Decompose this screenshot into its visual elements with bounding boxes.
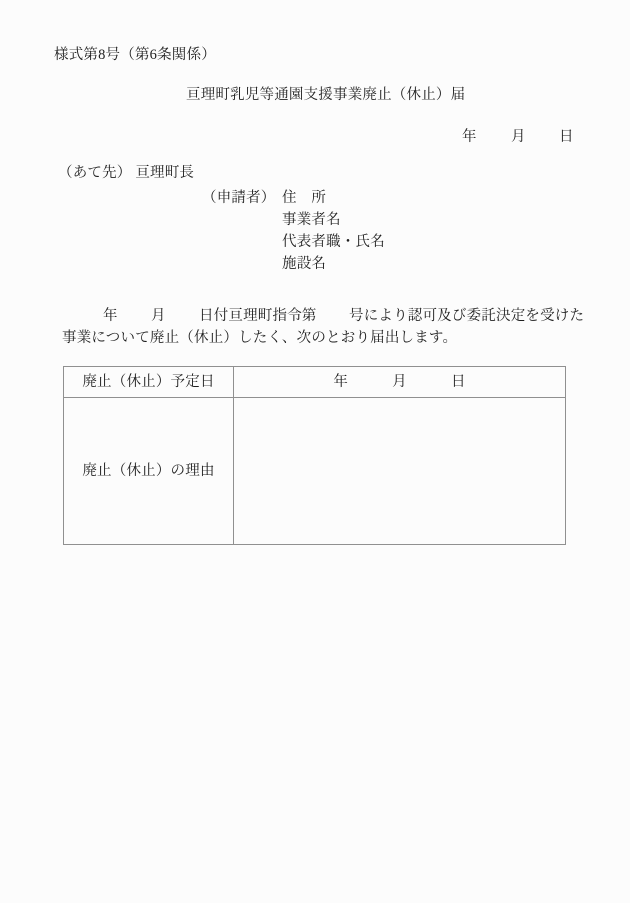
table-label-reason: 廃止（休止）の理由 [64, 398, 234, 544]
document-title: 亘理町乳児等通園支援事業廃止（休止）届 [186, 87, 465, 103]
notification-table: 廃止（休止）予定日 年 月 日 廃止（休止）の理由 [63, 366, 566, 545]
document-page: 様式第8号（第6条関係） 亘理町乳児等通園支援事業廃止（休止）届 年 月 日 （… [0, 0, 630, 903]
form-number: 様式第8号（第6条関係） [54, 47, 216, 63]
applicant-business-name-field: 事業者名 [282, 212, 341, 228]
body-second-line: 事業について廃止（休止）したく、次のとおり届出します。 [62, 330, 457, 346]
table-value-scheduled-date: 年 月 日 [234, 367, 565, 398]
date-month-label: 月 [511, 129, 526, 145]
applicant-representative-field: 代表者職・氏名 [282, 234, 385, 250]
table-value-reason [234, 398, 565, 544]
date-year-label: 年 [462, 129, 477, 145]
applicant-label: （申請者） [202, 190, 276, 206]
applicant-facility-name-field: 施設名 [282, 256, 326, 272]
table-label-scheduled-date: 廃止（休止）予定日 [64, 367, 234, 398]
body-directive-text: 日付亘理町指令第 [199, 308, 317, 324]
body-blank-year: 年 [103, 308, 118, 324]
applicant-address-field: 住 所 [282, 190, 326, 206]
body-blank-month: 月 [151, 308, 166, 324]
body-approval-text: 号により認可及び委託決定を受けた [349, 308, 584, 324]
date-day-label: 日 [559, 129, 574, 145]
addressee-line: （あて先） 亘理町長 [58, 165, 194, 181]
